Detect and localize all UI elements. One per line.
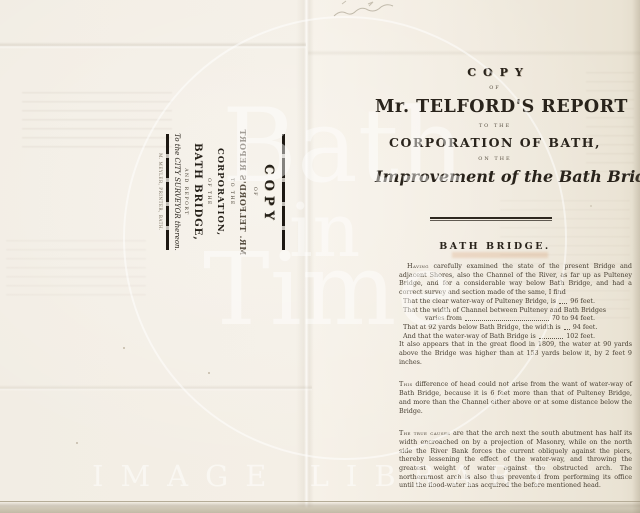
paragraph-3: This difference of head could not arise … [399,380,632,415]
title-to-the: TO THE [375,123,615,129]
paragraph-4-text: are that the arch next the south abutmen… [399,429,632,489]
paragraph-3-lead: This [399,380,413,388]
pencil-annotation [328,0,412,24]
docket-and-report: AND REPORT [184,124,189,260]
section-heading: BATH BRIDGE. [375,241,615,252]
measurement-text: And that the water-way of Bath Bridge is [403,332,536,341]
measurement-value: 96 feet. [570,297,595,306]
horizontal-crease-lower [0,385,312,391]
paragraph-2: It also appears that in the great flood … [399,340,632,366]
docket-of: OF [252,124,257,260]
docket-corporation: CORPORATION, [216,124,226,260]
paragraph-4-lead: The true causes [399,429,450,437]
title-report: Mr. TELFORD'S REPORT [375,97,615,117]
docket-printer-imprint: M. MEYLER, PRINTER, BATH. [158,124,163,260]
horizontal-crease-top [0,42,306,49]
measurement-value: 94 feet. [573,323,598,332]
foxing-speck [590,205,592,207]
title-block: COPY OF Mr. TELFORD'S REPORT TO THE CORP… [375,66,615,186]
measurement-text: That the clear water-way of Pulteney Bri… [403,297,556,306]
measurement-row: That the clear water-way of Pulteney Bri… [403,297,595,306]
horizontal-crease-right [308,50,640,56]
dot-leader [559,303,567,304]
docket-surveyor-line: To the CITY SURVEYOR thereon. [173,124,181,260]
paragraph-1: Having carefully examined the state of t… [399,262,632,297]
docket-copy: COPY [261,124,276,260]
measurement-value: 102 feet. [566,332,595,341]
docket-to-the: TO THE [229,124,234,260]
dot-leader [539,338,563,339]
title-of: OF [375,85,615,91]
measurement-text: That the width of Channel between Pulten… [403,306,606,314]
paragraph-1-text: carefully examined the state of the pres… [399,262,632,296]
docket-label-rotated: COPY OF MR. TELFORD'S REPORT TO THE CORP… [155,124,285,260]
paragraph-4: The true causes are that the arch next t… [399,429,632,490]
measurement-row: That at 92 yards below Bath Bridge, the … [403,323,595,332]
title-corporation: CORPORATION OF BATH, [375,135,615,150]
dot-leader [465,320,549,321]
measurement-list: That the clear water-way of Pulteney Bri… [403,297,595,341]
show-through-text-block [6,240,146,298]
paragraph-3-text: difference of head could not arise from … [399,380,632,414]
paper-bottom-edge [0,501,640,513]
show-through-heading [452,252,548,258]
docket-report-mirrored: MR. TELFORD'S REPORT [238,124,248,260]
title-improvement: Improvement of the Bath Bridge. [375,167,615,186]
report-body: Having carefully examined the state of t… [399,262,632,490]
foxing-speck [123,347,125,349]
measurement-row: That the width of Channel between Pulten… [403,306,595,315]
measurement-value: 70 to 94 feet. [552,314,595,323]
paragraph-1-lead: Having [407,262,429,270]
measurement-row: varies from 70 to 94 feet. [425,314,595,323]
measurement-text: varies from [425,314,462,323]
measurement-text: That at 92 yards below Bath Bridge, the … [403,323,561,332]
docket-rule-top [282,134,285,250]
title-copy: COPY [375,66,615,79]
docket-rule-bottom [166,134,169,250]
foxing-speck [76,442,78,444]
paper-right-edge [632,0,640,513]
title-on-the: ON THE [375,156,615,162]
docket-of-the: OF THE [207,124,212,260]
docket-bath-bridge: BATH BRIDGE, [193,124,204,260]
show-through-text-block [22,92,172,148]
title-rule [430,217,552,221]
document-photo: COPY OF MR. TELFORD'S REPORT TO THE CORP… [0,0,640,513]
measurement-row: And that the water-way of Bath Bridge is… [403,332,595,341]
vertical-fold-crease [296,0,314,513]
foxing-speck [208,372,210,374]
dot-leader [564,329,570,330]
